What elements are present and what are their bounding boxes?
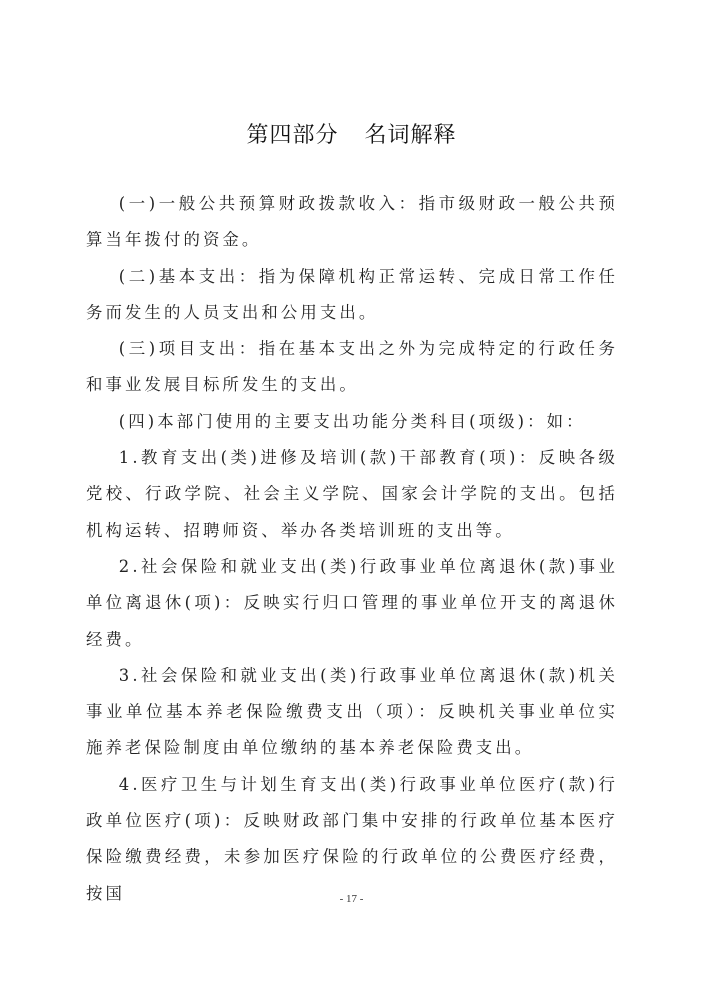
paragraph-basic-expenditure: (二)基本支出：指为保障机构正常运转、完成日常工作任务而发生的人员支出和公用支出… xyxy=(86,259,618,332)
document-body: (一)一般公共预算财政拨款收入：指市级财政一般公共预算当年拨付的资金。 (二)基… xyxy=(86,186,618,912)
paragraph-item-2-retirement: 2.社会保险和就业支出(类)行政事业单位离退休(款)事业单位离退休(项)：反映实… xyxy=(86,549,618,658)
paragraph-project-expenditure: (三)项目支出：指在基本支出之外为完成特定的行政任务和事业发展目标所发生的支出。 xyxy=(86,331,618,404)
document-page: 第四部分名词解释 (一)一般公共预算财政拨款收入：指市级财政一般公共预算当年拨付… xyxy=(0,0,703,993)
section-title-name: 名词解释 xyxy=(365,123,457,148)
paragraph-main-function-subjects: (四)本部门使用的主要支出功能分类科目(项级)：如： xyxy=(86,404,618,440)
paragraph-general-budget-revenue: (一)一般公共预算财政拨款收入：指市级财政一般公共预算当年拨付的资金。 xyxy=(86,186,618,259)
section-title-part: 第四部分 xyxy=(246,123,338,148)
section-title: 第四部分名词解释 xyxy=(0,118,703,149)
page-number: - 17 - xyxy=(0,893,703,905)
paragraph-item-3-pension: 3.社会保险和就业支出(类)行政事业单位离退休(款)机关事业单位基本养老保险缴费… xyxy=(86,658,618,767)
paragraph-item-1-education: 1.教育支出(类)进修及培训(款)干部教育(项)：反映各级党校、行政学院、社会主… xyxy=(86,440,618,549)
paragraph-item-4-medical: 4.医疗卫生与计划生育支出(类)行政事业单位医疗(款)行政单位医疗(项)：反映财… xyxy=(86,767,618,912)
